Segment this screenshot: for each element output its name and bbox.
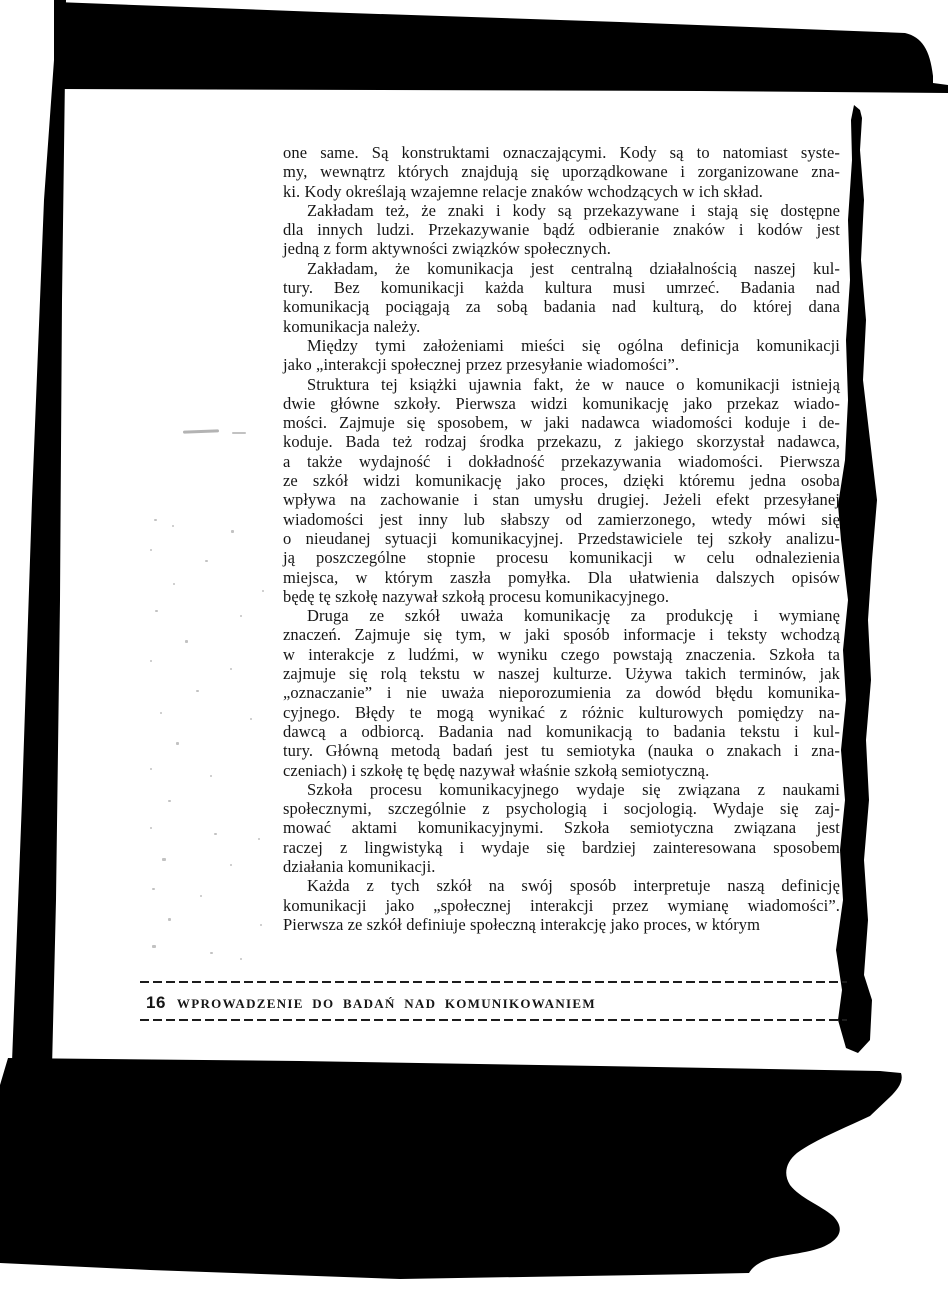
text-line: wpływa na zachowanie i stan umysłu drugi… xyxy=(283,490,840,509)
page-number: 16 xyxy=(146,993,166,1012)
margin-pencil-speck xyxy=(152,945,156,948)
text-line: dla innych ludzi. Przekazywanie bądź odb… xyxy=(283,220,840,239)
margin-pencil-speck xyxy=(196,690,199,692)
text-line: dwie główne szkoły. Pierwsza widzi komun… xyxy=(283,394,840,413)
scan-border-top xyxy=(56,2,948,93)
margin-pencil-speck xyxy=(240,958,242,960)
footer-rule-top xyxy=(140,981,847,983)
paragraph: Między tymi założeniami mieści się ogóln… xyxy=(283,336,840,375)
text-line: Każda z tych szkół na swój sposób interp… xyxy=(283,876,840,895)
text-line: ze szkół widzi komunikację jako proces, … xyxy=(283,471,840,490)
margin-pencil-speck xyxy=(258,838,260,840)
margin-pencil-speck xyxy=(214,833,217,835)
paragraph: Zakładam też, że znaki i kody są przekaz… xyxy=(283,201,840,259)
text-line: znaczeń. Zajmuje się tym, w jaki sposób … xyxy=(283,625,840,644)
scan-border-bottom xyxy=(0,1058,902,1279)
text-line: wiadomości jest inny lub słabszy od zami… xyxy=(283,510,840,529)
margin-pencil-speck xyxy=(176,742,179,745)
margin-pencil-speck xyxy=(210,775,212,777)
margin-pencil-speck xyxy=(150,549,152,551)
margin-pencil-speck xyxy=(185,640,188,643)
margin-pencil-speck xyxy=(150,827,152,829)
margin-pencil-speck xyxy=(168,800,171,802)
margin-pencil-speck xyxy=(200,895,202,897)
text-line: Zakładam, że komunikacja jest centralną … xyxy=(283,259,840,278)
margin-pencil-speck xyxy=(262,590,264,592)
margin-pencil-speck xyxy=(250,718,252,720)
margin-pencil-speck xyxy=(155,610,158,612)
text-line: a także wydajność i dokładność przekazyw… xyxy=(283,452,840,471)
margin-pencil-speck xyxy=(162,858,166,861)
text-line: komunikacja należy. xyxy=(283,317,840,336)
text-line: komunikacją pociągają za sobą badania na… xyxy=(283,297,840,316)
page-body-text: one same. Są konstruktami oznaczającymi.… xyxy=(283,143,840,934)
margin-pencil-speck xyxy=(210,952,213,954)
text-line: ją poszczególne stopnie procesu komunika… xyxy=(283,548,840,567)
text-line: czeniach) i szkołę tę będę nazywał właśn… xyxy=(283,761,840,780)
scanned-book-page: { "document": { "paragraphs": [ { "inden… xyxy=(0,0,948,1300)
margin-pencil-speck xyxy=(230,668,232,670)
book-gutter-shadow xyxy=(836,105,877,1053)
text-line: zajmuje się rolą tekstu w naszej kulturz… xyxy=(283,664,840,683)
text-line: działania komunikacji. xyxy=(283,857,840,876)
text-line: mować aktami komunikacyjnymi. Szkoła sem… xyxy=(283,818,840,837)
text-line: Szkoła procesu komunikacyjnego wydaje si… xyxy=(283,780,840,799)
footer-line: 16WPROWADZENIE DO BADAŃ NAD KOMUNIKOWANI… xyxy=(146,993,846,1013)
margin-pencil-speck xyxy=(230,864,232,866)
margin-pencil-speck xyxy=(152,888,155,890)
text-line: „oznaczanie” i nie uważa nieporozumienia… xyxy=(283,683,840,702)
text-line: dawcą a odbiorcą. Badania nad komunikacj… xyxy=(283,722,840,741)
text-line: my, wewnątrz których znajdują się uporzą… xyxy=(283,162,840,181)
paragraph: Druga ze szkół uważa komunikację za prod… xyxy=(283,606,840,780)
margin-pencil-speck xyxy=(172,525,174,527)
text-line: miejsca, w którym zaszła pomyłka. Dla uł… xyxy=(283,568,840,587)
margin-pencil-speck xyxy=(232,432,246,434)
text-line: Druga ze szkół uważa komunikację za prod… xyxy=(283,606,840,625)
margin-pencil-speck xyxy=(150,768,152,770)
text-line: ki. Kody określają wzajemne relacje znak… xyxy=(283,182,840,201)
text-line: tury. Główną metodą badań jest tu semiot… xyxy=(283,741,840,760)
margin-pencil-speck xyxy=(173,583,175,585)
text-line: społecznymi, szczególnie z psychologią i… xyxy=(283,799,840,818)
text-line: Zakładam też, że znaki i kody są przekaz… xyxy=(283,201,840,220)
scan-edge-left xyxy=(12,0,66,1072)
text-line: Między tymi założeniami mieści się ogóln… xyxy=(283,336,840,355)
text-line: one same. Są konstruktami oznaczającymi.… xyxy=(283,143,840,162)
text-line: Struktura tej książki ujawnia fakt, że w… xyxy=(283,375,840,394)
text-line: o nieudanej sytuacji komunikacyjnej. Prz… xyxy=(283,529,840,548)
margin-pencil-speck xyxy=(150,660,152,662)
margin-pencil-speck xyxy=(160,712,162,714)
text-line: raczej z lingwistyką i wydaje się bardzi… xyxy=(283,838,840,857)
text-line: koduje. Bada też rodzaj środka przekazu,… xyxy=(283,432,840,451)
margin-pencil-speck xyxy=(205,560,208,562)
margin-pencil-dash xyxy=(183,429,219,433)
text-line: Pierwsza ze szkół definiuje społeczną in… xyxy=(283,915,840,934)
margin-pencil-speck xyxy=(231,530,234,533)
paragraph: one same. Są konstruktami oznaczającymi.… xyxy=(283,143,840,201)
margin-pencil-speck xyxy=(168,918,171,921)
paragraph: Szkoła procesu komunikacyjnego wydaje si… xyxy=(283,780,840,876)
text-line: cyjnego. Błędy te mogą wynikać z różnic … xyxy=(283,703,840,722)
paragraph: Struktura tej książki ujawnia fakt, że w… xyxy=(283,375,840,607)
text-line: będę tę szkołę nazywał szkołą procesu ko… xyxy=(283,587,840,606)
text-line: w interakcje z ludźmi, w wyniku czego po… xyxy=(283,645,840,664)
running-title: WPROWADZENIE DO BADAŃ NAD KOMUNIKOWANIEM xyxy=(177,996,596,1011)
margin-pencil-speck xyxy=(260,924,262,926)
text-line: komunikacji jako „społecznej interakcji … xyxy=(283,896,840,915)
paragraph: Każda z tych szkół na swój sposób interp… xyxy=(283,876,840,934)
text-line: jako „interakcji społecznej przez przesy… xyxy=(283,355,840,374)
text-line: tury. Bez komunikacji każda kultura musi… xyxy=(283,278,840,297)
margin-pencil-speck xyxy=(154,519,157,521)
paragraph: Zakładam, że komunikacja jest centralną … xyxy=(283,259,840,336)
text-line: jedną z form aktywności związków społecz… xyxy=(283,239,840,258)
margin-pencil-speck xyxy=(240,615,242,617)
footer-rule-bottom xyxy=(140,1019,847,1021)
text-line: mości. Zajmuje się sposobem, w jaki nada… xyxy=(283,413,840,432)
